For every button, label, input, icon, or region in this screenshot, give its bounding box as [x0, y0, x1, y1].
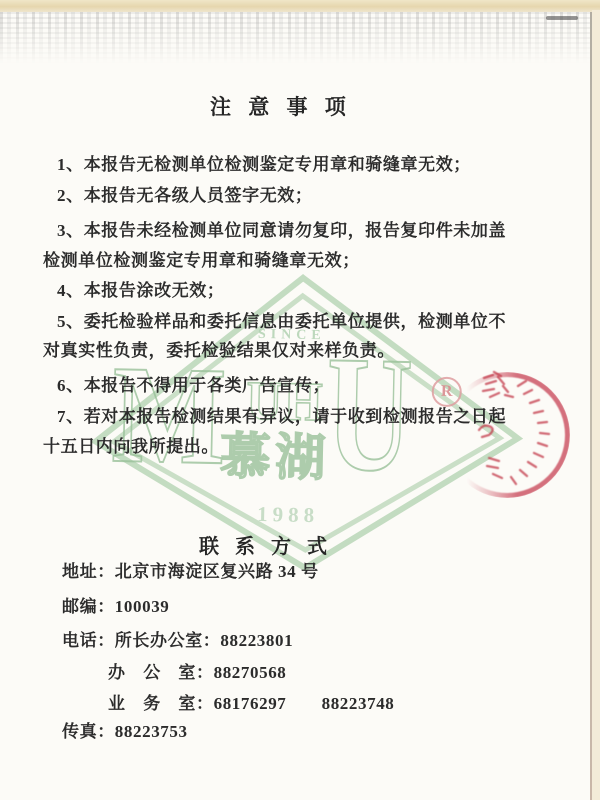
red-seal-text-marks: [0, 0, 600, 800]
scanned-report-notice-page: M UH U 慕湖 SINCE 1988 R 注 意 事 项 1、本报告无检测单…: [0, 0, 600, 800]
